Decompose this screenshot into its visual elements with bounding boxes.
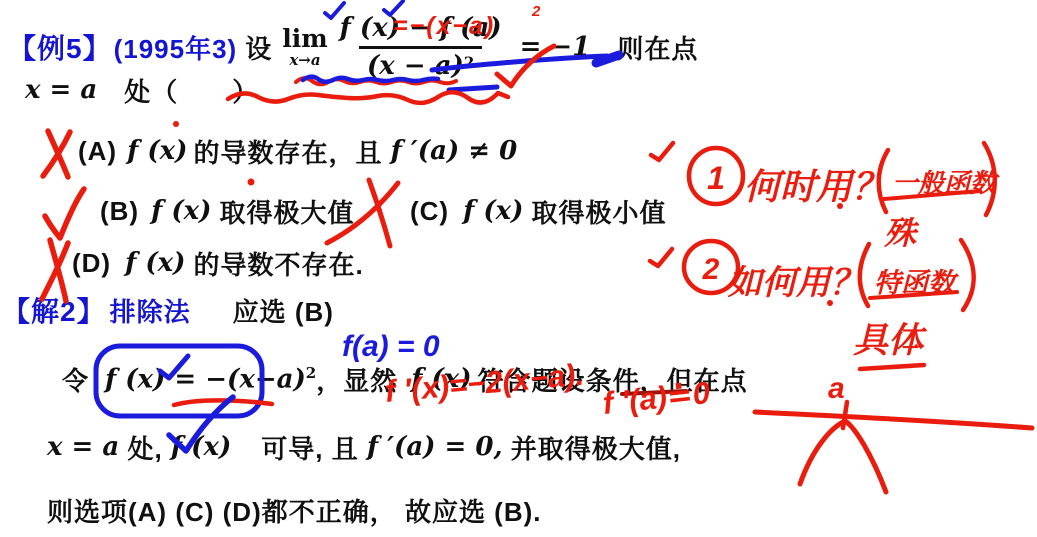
- sol-line1-mid: ，显然: [316, 361, 397, 398]
- sol-line1-pre: 令: [62, 361, 89, 398]
- sol-line1-post: 符合题设条件，但在点: [478, 361, 748, 398]
- solution-method: 排除法: [110, 292, 191, 329]
- hw-note1-answer: 一般函数: [892, 168, 1000, 198]
- solution-header: 【解2】 排除法 应选 (B): [2, 291, 334, 329]
- sol-line2-text1: 处,: [119, 429, 171, 466]
- option-a-label: (A): [78, 136, 117, 167]
- check-icon: [650, 249, 672, 266]
- solution-line3: 则选项(A) (C) (D)都不正确， 故应选 (B).: [47, 490, 542, 530]
- paren-stroke: [879, 150, 888, 212]
- option-c-fx: f (x): [463, 196, 523, 226]
- solution-line1: 令 f (x) = −(x−a)2 ，显然 f (x) 符合题设条件，但在点: [62, 358, 748, 400]
- fraction-numerator: f (x) − f (a): [332, 14, 510, 46]
- option-d: (D) f (x) 的导数不存在.: [72, 243, 364, 283]
- underline-stroke: [860, 365, 924, 369]
- sol-line2-math1: x = a: [47, 432, 119, 462]
- pen-dot: [173, 121, 179, 127]
- sol-line3-text: 则选项(A) (C) (D)都不正确， 故应选 (B).: [47, 492, 542, 529]
- hw-note2-answer: 特函数: [874, 268, 959, 298]
- option-a-cond: f ′(a) ≠ 0: [391, 136, 518, 166]
- premise-text: 处（ ）: [97, 72, 259, 109]
- sol-line1-fx: f (x): [411, 364, 471, 394]
- hw-note1-digit: 1: [707, 160, 725, 196]
- solution-verdict: 应选 (B): [233, 292, 334, 329]
- hw-sketch-label: a: [828, 372, 845, 405]
- sketch-parabola: [800, 421, 886, 492]
- equation-exponent: 2: [306, 364, 316, 382]
- option-b: (B) f (x) 取得极大值: [100, 191, 354, 231]
- option-c-label: (C): [410, 196, 449, 227]
- option-b-text: 取得极大值: [219, 193, 354, 230]
- option-b-label: (B): [100, 196, 139, 227]
- hw-note3: 具体: [853, 321, 928, 360]
- sol-line2-math2: f (x): [171, 432, 231, 462]
- example-tag: 【例5】: [8, 27, 112, 67]
- option-a: (A) f (x) 的导数存在，且 f ′(a) ≠ 0: [78, 131, 517, 171]
- check-icon: [45, 189, 84, 238]
- lim-subscript: x→a: [289, 53, 320, 68]
- option-c: (C) f (x) 取得极小值: [410, 191, 666, 231]
- circled-number: [689, 148, 743, 204]
- limit-operator: lim x→a: [282, 26, 327, 68]
- statement-tail: ，则在点: [590, 29, 698, 66]
- sol-line2-math3: f ′(a) = 0,: [367, 432, 503, 462]
- fraction-denominator: (x − a)2: [359, 46, 482, 81]
- equals-value: = −1: [520, 32, 591, 62]
- sketch-tick: [843, 402, 847, 428]
- lead-word: 设: [245, 29, 272, 66]
- cross-icon: [48, 131, 68, 177]
- paren-stroke: [961, 240, 974, 310]
- cross-icon: [369, 180, 390, 246]
- hw-insert-char: 殊: [884, 215, 920, 251]
- underline-stroke: [174, 400, 272, 405]
- option-b-fx: f (x): [151, 196, 211, 226]
- pen-dot: [248, 179, 255, 186]
- hw-note1-question: 何时用？: [744, 166, 888, 207]
- limit-fraction: f (x) − f (a) (x − a)2: [332, 14, 510, 80]
- option-a-fx: f (x): [127, 136, 187, 166]
- problem-statement-line2: x = a 处（ ）: [25, 72, 259, 108]
- solution-line2: x = a 处, f (x) 可导, 且 f ′(a) = 0, 并取得极大值,: [47, 426, 681, 468]
- sol-line2-text2: 可导, 且: [261, 429, 367, 466]
- pen-dot: [837, 203, 843, 209]
- option-d-text: 的导数不存在.: [193, 245, 363, 282]
- option-c-text: 取得极小值: [531, 193, 666, 230]
- underline-stroke: [870, 292, 957, 298]
- sol-line2-text3: 并取得极大值,: [503, 429, 681, 466]
- sol-line1-equation: f (x) = −(x−a)2: [105, 364, 316, 395]
- circled-number: [684, 241, 738, 293]
- underline-stroke: [884, 191, 980, 199]
- option-d-label: (D): [72, 248, 111, 279]
- pen-dot: [827, 300, 833, 306]
- hw-note2-question: 如何用？: [727, 264, 864, 302]
- sketch-axis: [755, 412, 1032, 428]
- check-icon: [651, 143, 673, 160]
- paren-stroke: [984, 143, 995, 215]
- hw-note2-digit: 2: [702, 253, 720, 286]
- wavy-underline: [228, 92, 508, 103]
- lim-word: lim: [282, 26, 327, 51]
- option-a-text: 的导数存在，且: [193, 133, 390, 170]
- annotated-lecture-slide: 【例5】 (1995年3) 设 lim x→a f (x) − f (a) (x…: [0, 0, 1037, 537]
- premise-math: x = a: [25, 75, 97, 105]
- solution-tag: 【解2】: [2, 290, 106, 330]
- paren-stroke: [860, 244, 869, 306]
- cross-icon: [43, 132, 70, 176]
- option-d-fx: f (x): [125, 248, 185, 278]
- denominator-exponent: 2: [464, 53, 474, 71]
- exam-source: (1995年3): [114, 29, 238, 66]
